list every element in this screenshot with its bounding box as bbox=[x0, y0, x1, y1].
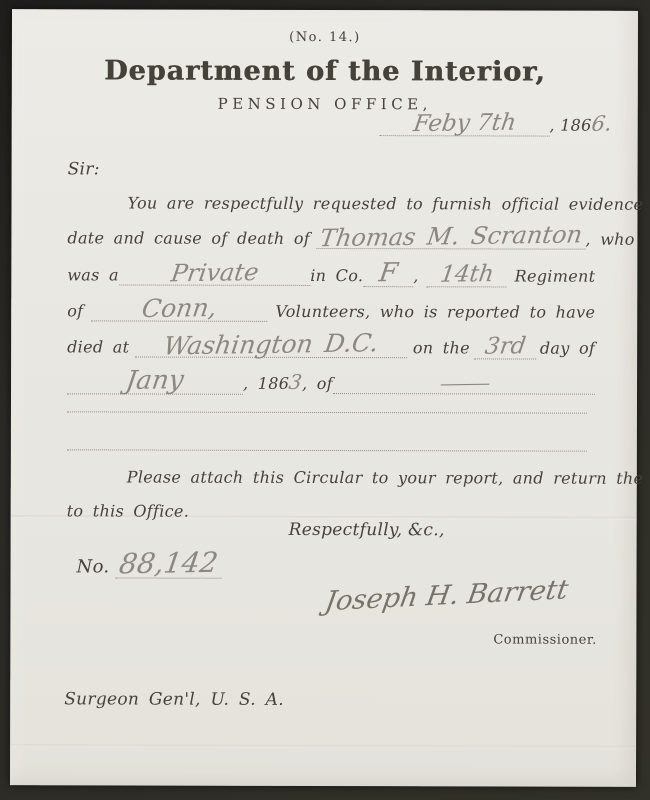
printed-died-at: died at bbox=[67, 337, 129, 356]
printed-volunteers: Volunteers, who is reported to have bbox=[275, 302, 595, 322]
handwritten-rank: Private bbox=[169, 260, 260, 285]
printed-was-a: was a bbox=[67, 265, 119, 284]
handwritten-soldier-name: Thomas M. Scranton bbox=[318, 222, 584, 250]
case-number-label: No. bbox=[77, 556, 110, 577]
month-blank: Jany bbox=[67, 367, 243, 394]
handwritten-month-of-death: Jany bbox=[124, 367, 185, 394]
handwritten-date: Feby 7th bbox=[412, 112, 518, 137]
handwritten-day-of-death: 3rd bbox=[483, 335, 527, 359]
blank-rule bbox=[67, 449, 587, 451]
state-blank: Conn, bbox=[91, 295, 267, 321]
closing-line-2: to this Office. bbox=[67, 501, 189, 520]
printed-regiment: Regiment bbox=[515, 266, 596, 285]
printed-day-of: day of bbox=[540, 339, 595, 358]
printed-year2-prefix: , 186 bbox=[243, 374, 289, 393]
form-number: (No. 14.) bbox=[12, 29, 638, 46]
place-blank: Washington D.C. bbox=[135, 332, 407, 359]
request-line-5: died at Washington D.C. on the 3rd day o… bbox=[67, 331, 595, 359]
handwritten-state: Conn, bbox=[140, 295, 218, 321]
printed-comma: , bbox=[413, 266, 418, 285]
request-line-2: date and cause of death of Thomas M. Scr… bbox=[67, 223, 595, 249]
handwritten-case-number: 88,142 bbox=[117, 549, 219, 578]
handwritten-company: F bbox=[377, 260, 399, 286]
paper-fold-crease bbox=[10, 744, 636, 749]
printed-death-of: date and cause of death of bbox=[67, 228, 310, 248]
closing-line-1: Please attach this Circular to your repo… bbox=[127, 467, 650, 487]
request-line-3: was a Private in Co. F , 14th Regiment bbox=[67, 259, 595, 287]
handwritten-cause-mark: ——— bbox=[439, 375, 490, 394]
blank-rule bbox=[67, 411, 587, 413]
signature-title: Commissioner. bbox=[493, 632, 596, 647]
handwritten-regiment-number: 14th bbox=[438, 263, 495, 287]
signature-line: Joseph H. Barrett bbox=[326, 582, 566, 610]
company-blank: F bbox=[363, 260, 413, 287]
rank-blank: Private bbox=[119, 260, 310, 286]
handwritten-signature: Joseph H. Barrett bbox=[323, 576, 570, 615]
cause-blank: ——— bbox=[333, 375, 595, 395]
printed-on-the: on the bbox=[413, 338, 470, 357]
day-blank: 3rd bbox=[474, 335, 536, 359]
office-subtitle: PENSION OFFICE, bbox=[12, 94, 638, 114]
regiment-blank: 14th bbox=[427, 263, 507, 287]
printed-year-prefix: , 186 bbox=[549, 116, 591, 135]
handwritten-year-digit: 6. bbox=[590, 114, 613, 135]
request-line-4: of Conn, Volunteers, who is reported to … bbox=[67, 295, 595, 322]
request-line-1: You are respectfully requested to furnis… bbox=[127, 193, 650, 214]
handwritten-place-of-death: Washington D.C. bbox=[162, 330, 380, 358]
request-line-6: Jany , 186 3 , of ——— bbox=[67, 367, 595, 395]
printed-in-co: in Co. bbox=[310, 266, 363, 285]
addressee-line: Surgeon Gen'l, U. S. A. bbox=[64, 689, 284, 710]
document-paper: (No. 14.) Department of the Interior, PE… bbox=[10, 9, 638, 787]
date-line: Feby 7th , 186 6. bbox=[380, 112, 612, 137]
case-number-line: No. 88,142 bbox=[77, 549, 222, 578]
document-title: Department of the Interior, bbox=[12, 55, 638, 88]
printed-who: , who bbox=[585, 230, 634, 249]
printed-line6-of: , of bbox=[302, 374, 333, 393]
scan-background: (No. 14.) Department of the Interior, PE… bbox=[0, 0, 650, 800]
name-blank: Thomas M. Scranton bbox=[316, 224, 586, 250]
respectfully-line: Respectfully, &c., bbox=[289, 520, 445, 540]
date-blank: Feby 7th bbox=[380, 112, 550, 136]
printed-of: of bbox=[67, 301, 83, 320]
case-number-blank: 88,142 bbox=[115, 549, 221, 578]
salutation: Sir: bbox=[68, 159, 100, 179]
